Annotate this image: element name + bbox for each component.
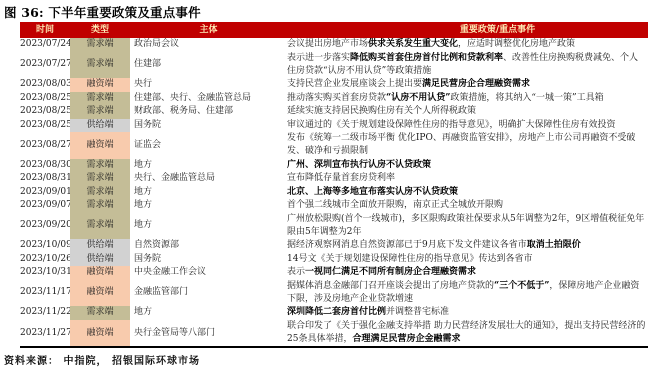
row-policy-text: 表示一视同仁满足不同所有制房企合理融资需求 [287, 266, 648, 280]
row-type-badge: 需求端 [70, 92, 130, 106]
table-row: 2023/08/25需求端住建部、央行、金融监管总局推动落实购买首套房贷款“认房… [20, 92, 648, 106]
row-policy-text: 据媒体消息金融部门召开座谈会提出了房地产贷款的“三个不低于”，保障房地产企业融资… [287, 280, 648, 307]
row-subject: 地方 [130, 186, 287, 200]
row-type-badge: 供给端 [70, 253, 130, 267]
row-type-badge: 需求端 [70, 213, 130, 240]
policy-emphasis-segment: 取消土拍限价 [527, 240, 581, 250]
policy-segment: 表示进一步落实 [287, 53, 350, 63]
row-policy-text: 14号文《关于规划建设保障性住房的指导意见》传达到各省市 [287, 253, 648, 267]
column-header-type: 类型 [70, 22, 130, 38]
row-policy-text: 支持民营企业发展座谈会上提出要满足民营房企合理融资需求 [287, 78, 648, 92]
policy-segment: 宣布降低存量首套房贷利率 [287, 173, 395, 183]
policy-segment: 延续实施支持居民换购住房有关个人所得税政策 [287, 106, 476, 116]
policy-segment: 14号文《关于规划建设保障性住房的指导意见》传达到各省市 [287, 254, 532, 264]
table-row: 2023/09/20需求端地方广州放松限购(首个一线城市)，多区限购政策社保要求… [20, 213, 648, 240]
row-subject: 地方 [130, 306, 287, 320]
row-subject: 金融监管部门 [130, 280, 287, 307]
row-date: 2023/08/25 [20, 105, 70, 119]
policy-emphasis-segment: 合理满足民营房企金融需求 [352, 334, 460, 344]
row-date: 2023/11/17 [20, 280, 70, 307]
row-type-badge: 需求端 [70, 105, 130, 119]
row-subject: 自然资源部 [130, 239, 287, 253]
row-subject: 住建部 [130, 52, 287, 79]
row-policy-text: 深圳降低二套房首付比例并调整普宅标准 [287, 306, 648, 320]
table-row: 2023/11/27融资端央行金管局等八部门联合印发了《关于强化金融支持举措 助… [20, 320, 648, 347]
row-subject: 政治局会议 [130, 38, 287, 52]
row-type-badge: 需求端 [70, 306, 130, 320]
figure-title: 图 36: 下半年重要政策及重点事件 [3, 3, 658, 21]
policy-segment: 广州放松限购(首个一线城市)，多区限购政策社保要求从5年调整为2年，9区增值税征… [287, 214, 644, 237]
row-type-badge: 需求端 [70, 172, 130, 186]
row-type-badge: 需求端 [70, 186, 130, 200]
row-policy-text: 会议提出房地产市场供求关系发生重大变化，应适时调整优化房地产政策 [287, 38, 648, 52]
row-subject: 证监会 [130, 132, 287, 159]
row-date: 2023/08/25 [20, 92, 70, 106]
policy-segment: 据媒体消息金融部门召开座谈会提出了房地产贷款的 [287, 281, 494, 291]
row-type-badge: 融资端 [70, 320, 130, 347]
row-subject: 住建部、央行、金融监管总局 [130, 92, 287, 106]
policy-segment: 政策措施，将其纳入“一城一策”工具箱 [450, 93, 603, 103]
policy-emphasis-segment: 满足民营房企合理融资需求 [422, 79, 530, 89]
row-type-badge: 需求端 [70, 38, 130, 52]
row-date: 2023/09/20 [20, 213, 70, 240]
policy-emphasis-segment: 供求关系发生重大变化 [368, 39, 458, 49]
row-date: 2023/08/27 [20, 132, 70, 159]
policy-segment: 并调整普宅标准 [386, 307, 449, 317]
column-header-subject: 主体 [130, 22, 287, 38]
row-policy-text: 表示进一步落实降低购买首套住房首付比例和贷款利率、改善性住房换购税费减免、个人住… [287, 52, 648, 79]
row-type-badge: 需求端 [70, 159, 130, 173]
row-type-badge: 供给端 [70, 239, 130, 253]
policy-segment: 支持民营企业发展座谈会上提出要 [287, 79, 422, 89]
policy-emphasis-segment: 北京、上海等多地宣布落实认房不认贷政策 [287, 187, 458, 197]
policy-emphasis-segment: 广州、深圳宣布执行认房不认贷政策 [287, 160, 431, 170]
row-policy-text: 据经济观察网消息自然资源部已于9月底下发文件建议各省市取消土拍限价 [287, 239, 648, 253]
policy-segment: 会议提出房地产市场 [287, 39, 368, 49]
policy-emphasis-segment: 降低购买首套住房首付比例和贷款利率 [350, 53, 503, 63]
row-policy-text: 发布《统筹一二级市场平衡 优化IPO、再融资监管安排》，房地产上市公司再融资不受… [287, 132, 648, 159]
table-row: 2023/10/31融资端中央金融工作会议表示一视同仁满足不同所有制房企合理融资… [20, 266, 648, 280]
table-row: 2023/08/03融资端央行支持民营企业发展座谈会上提出要满足民营房企合理融资… [20, 78, 648, 92]
row-policy-text: 宣布降低存量首套房贷利率 [287, 172, 648, 186]
row-date: 2023/09/01 [20, 186, 70, 200]
table-row: 2023/08/31需求端央行、金融监管总局宣布降低存量首套房贷利率 [20, 172, 648, 186]
table-row: 2023/11/17融资端金融监管部门据媒体消息金融部门召开座谈会提出了房地产贷… [20, 280, 648, 307]
row-type-badge: 供给端 [70, 119, 130, 133]
table-header-row: 时间 类型 主体 重要政策/重点事件 [20, 22, 648, 38]
row-date: 2023/08/30 [20, 159, 70, 173]
row-policy-text: 延续实施支持居民换购住房有关个人所得税政策 [287, 105, 648, 119]
row-subject: 财政部、税务局、住建部 [130, 105, 287, 119]
row-policy-text: 广州、深圳宣布执行认房不认贷政策 [287, 159, 648, 173]
policy-segment: 首个强二线城市全面放开限购，南京正式全城放开限购 [287, 200, 503, 210]
row-type-badge: 融资端 [70, 78, 130, 92]
table-row: 2023/08/25需求端财政部、税务局、住建部延续实施支持居民换购住房有关个人… [20, 105, 648, 119]
row-date: 2023/08/03 [20, 78, 70, 92]
row-type-badge: 需求端 [70, 52, 130, 79]
policy-segment: 发布《统筹一二级市场平衡 优化IPO、再融资监管安排》，房地产上市公司再融资不受… [287, 133, 635, 156]
table-row: 2023/07/27需求端住建部表示进一步落实降低购买首套住房首付比例和贷款利率… [20, 52, 648, 79]
row-date: 2023/11/27 [20, 320, 70, 347]
row-subject: 中央金融工作会议 [130, 266, 287, 280]
row-subject: 地方 [130, 213, 287, 240]
table-body: 2023/07/24需求端政治局会议会议提出房地产市场供求关系发生重大变化，应适… [20, 38, 648, 348]
table-row: 2023/07/24需求端政治局会议会议提出房地产市场供求关系发生重大变化，应适… [20, 38, 648, 52]
row-date: 2023/07/27 [20, 52, 70, 79]
report-figure: 图 36: 下半年重要政策及重点事件 时间 类型 主体 重要政策/重点事件 20… [0, 0, 658, 381]
row-date: 2023/09/07 [20, 199, 70, 213]
row-type-badge: 融资端 [70, 266, 130, 280]
table-row: 2023/08/30需求端地方广州、深圳宣布执行认房不认贷政策 [20, 159, 648, 173]
row-type-badge: 融资端 [70, 280, 130, 307]
policy-emphasis-segment: 深圳降低二套房首付比例 [287, 307, 386, 317]
table-row: 2023/09/07需求端地方首个强二线城市全面放开限购，南京正式全城放开限购 [20, 199, 648, 213]
row-subject: 央行 [130, 78, 287, 92]
row-subject: 央行、金融监管总局 [130, 172, 287, 186]
policy-segment: 据经济观察网消息自然资源部已于9月底下发文件建议各省市 [287, 240, 527, 250]
policy-emphasis-segment: “认房不用认贷” [386, 93, 450, 103]
policy-table: 时间 类型 主体 重要政策/重点事件 2023/07/24需求端政治局会议会议提… [20, 22, 648, 348]
row-date: 2023/08/31 [20, 172, 70, 186]
row-subject: 地方 [130, 199, 287, 213]
policy-emphasis-segment: “三个不低于” [494, 281, 549, 291]
row-subject: 国务院 [130, 119, 287, 133]
row-type-badge: 需求端 [70, 199, 130, 213]
policy-segment: 推动落实购买首套房贷款 [287, 93, 386, 103]
policy-segment: ，应适时调整优化房地产政策 [458, 39, 575, 49]
column-header-policy: 重要政策/重点事件 [287, 22, 648, 38]
policy-segment: 表示 [287, 267, 305, 277]
row-date: 2023/10/09 [20, 239, 70, 253]
row-subject: 地方 [130, 159, 287, 173]
row-policy-text: 审议通过的《关于规划建设保障性住房的指导意见》，明确扩大保障性住房有效投资 [287, 119, 648, 133]
source-note: 资料来源： 中指院， 招银国际环球市场 [4, 352, 200, 367]
row-date: 2023/10/31 [20, 266, 70, 280]
policy-segment: 审议通过的《关于规划建设保障性住房的指导意见》，明确扩大保障性住房有效投资 [287, 120, 616, 130]
table-row: 2023/08/25供给端国务院审议通过的《关于规划建设保障性住房的指导意见》，… [20, 119, 648, 133]
table-row: 2023/11/22需求端地方深圳降低二套房首付比例并调整普宅标准 [20, 306, 648, 320]
row-date: 2023/10/26 [20, 253, 70, 267]
row-type-badge: 融资端 [70, 132, 130, 159]
row-policy-text: 广州放松限购(首个一线城市)，多区限购政策社保要求从5年调整为2年，9区增值税征… [287, 213, 648, 240]
column-header-time: 时间 [20, 22, 70, 38]
row-policy-text: 北京、上海等多地宣布落实认房不认贷政策 [287, 186, 648, 200]
row-policy-text: 联合印发了《关于强化金融支持举措 助力民营经济发展壮大的通知》，提出支持民营经济… [287, 320, 648, 347]
table-row: 2023/09/01需求端地方北京、上海等多地宣布落实认房不认贷政策 [20, 186, 648, 200]
table-row: 2023/10/09供给端自然资源部据经济观察网消息自然资源部已于9月底下发文件… [20, 239, 648, 253]
policy-emphasis-segment: 一视同仁满足不同所有制房企合理融资需求 [305, 267, 476, 277]
table-row: 2023/10/26供给端国务院14号文《关于规划建设保障性住房的指导意见》传达… [20, 253, 648, 267]
row-subject: 国务院 [130, 253, 287, 267]
row-policy-text: 推动落实购买首套房贷款“认房不用认贷”政策措施，将其纳入“一城一策”工具箱 [287, 92, 648, 106]
row-subject: 央行金管局等八部门 [130, 320, 287, 347]
table-row: 2023/08/27融资端证监会发布《统筹一二级市场平衡 优化IPO、再融资监管… [20, 132, 648, 159]
policy-segment: 联合印发了《关于强化金融支持举措 助力民营经济发展壮大的通知》，提出支持民营经济… [287, 321, 645, 344]
row-date: 2023/11/22 [20, 306, 70, 320]
row-date: 2023/07/24 [20, 38, 70, 52]
row-policy-text: 首个强二线城市全面放开限购，南京正式全城放开限购 [287, 199, 648, 213]
row-date: 2023/08/25 [20, 119, 70, 133]
